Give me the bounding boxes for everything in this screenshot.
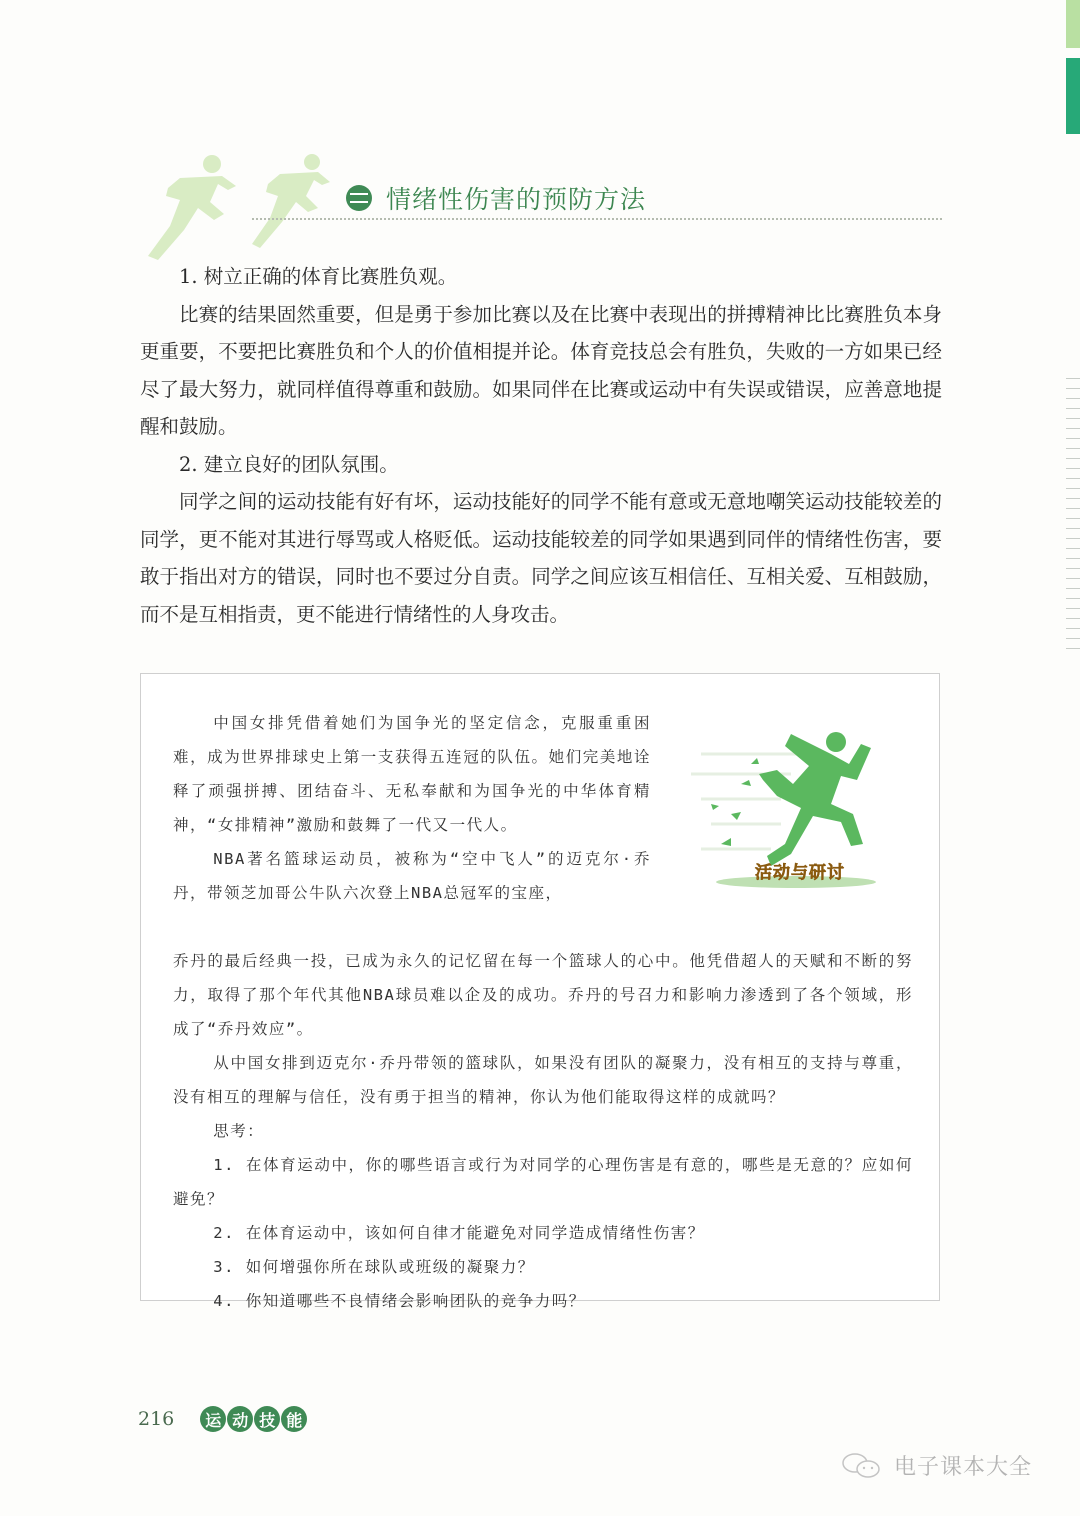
edge-tab-dark <box>1066 58 1080 134</box>
paragraph-2: 同学之间的运动技能有好有坏，运动技能好的同学不能有意或无意地嘲笑运动技能较差的同… <box>140 483 942 633</box>
think-label: 思考： <box>173 1114 913 1148</box>
box-paragraph-3: 从中国女排到迈克尔·乔丹带领的篮球队，如果没有团队的凝聚力，没有相互的支持与尊重… <box>173 1046 913 1114</box>
heading-dotted-rule <box>252 218 942 220</box>
box-paragraph-1: 中国女排凭借着她们为国争光的坚定信念，克服重重困难，成为世界排球史上第一支获得五… <box>173 706 651 842</box>
chapter-char-badge: 能 <box>281 1406 307 1432</box>
subheading-2: 2. 建立良好的团队氛围。 <box>140 446 942 484</box>
question-2: 2. 在体育运动中，该如何自律才能避免对同学造成情绪性伤害？ <box>173 1216 913 1250</box>
page-number: 216 <box>138 1408 174 1430</box>
chapter-char-badge: 运 <box>200 1406 226 1432</box>
page-footer: 216 运 动 技 能 <box>138 1406 308 1432</box>
wechat-icon <box>840 1451 884 1481</box>
edge-ticks <box>1066 378 1080 658</box>
chapter-char-badge: 动 <box>227 1406 253 1432</box>
watermark-text: 电子课本大全 <box>894 1450 1032 1481</box>
section-number-badge-icon <box>346 185 372 211</box>
edge-tab-light <box>1066 0 1080 48</box>
section-heading: 情绪性伤害的预防方法 <box>346 180 646 216</box>
subheading-1: 1. 树立正确的体育比赛胜负观。 <box>140 258 942 296</box>
paragraph-1: 比赛的结果固然重要，但是勇于参加比赛以及在比赛中表现出的拼搏精神比比赛胜负本身更… <box>140 296 942 446</box>
body-text: 1. 树立正确的体育比赛胜负观。 比赛的结果固然重要，但是勇于参加比赛以及在比赛… <box>140 258 942 633</box>
activity-discussion-box: 活动与研讨 中国女排凭借着她们为国争光的坚定信念，克服重重困难，成为世界排球史上… <box>140 673 940 1301</box>
section-title: 情绪性伤害的预防方法 <box>386 180 646 216</box>
chapter-title-badges: 运 动 技 能 <box>200 1406 308 1432</box>
watermark: 电子课本大全 <box>840 1450 1032 1481</box>
activity-text: 中国女排凭借着她们为国争光的坚定信念，克服重重困难，成为世界排球史上第一支获得五… <box>173 706 913 1318</box>
question-4: 4. 你知道哪些不良情绪会影响团队的竞争力吗？ <box>173 1284 913 1318</box>
runner-silhouette-icon <box>140 150 340 265</box>
chapter-char-badge: 技 <box>254 1406 280 1432</box>
question-1: 1. 在体育运动中，你的哪些语言或行为对同学的心理伤害是有意的，哪些是无意的？应… <box>173 1148 913 1216</box>
question-3: 3. 如何增强你所在球队或班级的凝聚力？ <box>173 1250 913 1284</box>
box-paragraph-2: NBA著名篮球运动员，被称为“空中飞人”的迈克尔·乔丹，带领芝加哥公牛队六次登上… <box>173 842 651 910</box>
box-paragraph-2-cont: 乔丹的最后经典一投，已成为永久的记忆留在每一个篮球人的心中。他凭借超人的天赋和不… <box>173 944 913 1046</box>
